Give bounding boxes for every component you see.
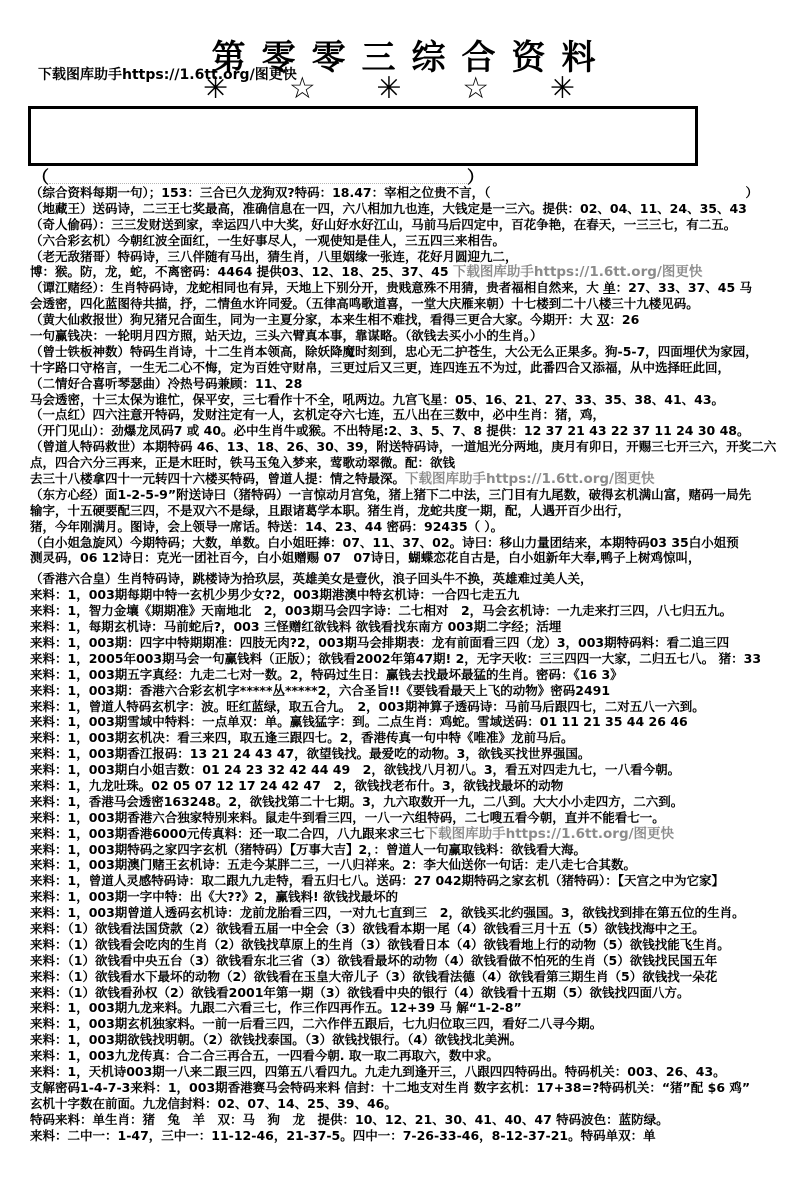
text-line: 输字，十五硬要配三四，不是双六不是绿，且跟诸葛学本职。猪生肖，龙蛇共度一期，配，…	[30, 503, 796, 519]
text-line: 来料：1，九龙吐珠。02 05 07 12 17 24 42 47 2，欲钱找老…	[30, 778, 796, 794]
text-line: 来料：1，003期白小姐吉数：01 24 23 32 42 44 49 2，欲钱…	[30, 762, 796, 778]
open-star-icon: ☆	[289, 72, 316, 106]
text-segment: 玄机十字数在前面。九龙信封料：02、07、14、25、39、46。	[30, 1096, 397, 1111]
text-segment: 来料：二中一：1-47，三中一：11-12-46，21-37-5。四中一：7-2…	[30, 1128, 656, 1143]
text-segment: 点，四合六分三再来，正是木旺时，铁马玉兔入梦来，莺歌动翠微。配：欲钱	[30, 455, 455, 470]
text-segment: 来料：（1）欲钱看会吃肉的生肖（2）欲钱找草原上的生肖（3）欲钱看日本（4）欲钱…	[30, 937, 730, 952]
text-line: 来料：1，003期特码之家四字玄机（猪特码）【万事大吉】2，：曾道人一句赢取钱料…	[30, 842, 796, 858]
text-segment: （二情好合喜听琴瑟曲）冷热号码兼顾：11、28	[30, 376, 302, 391]
watermark-text: 下载图库助手https://1.6tt.org/图更快	[453, 264, 702, 280]
text-segment: （白小姐急旋风）今期特码；大数，单数。白小姐旺捧：07、11、37、02。诗曰：…	[30, 535, 739, 550]
text-segment: 来料：1，曾道人特码玄机字：波。旺红蓝绿，取五合九。 2，003期神算子透码诗：…	[30, 699, 705, 714]
text-segment: （六合彩玄机）今朝红波全面红，一生好事尽人，一观使知是佳人，三五四三来相告。	[30, 233, 505, 248]
text-segment: （黄大仙救报世）狗兄猪兄合面生，同为一主夏分家，本来生相不难找，看得三更合大家。…	[30, 312, 597, 327]
text-line: 来料：1，003期九龙来料。九跟二六看三七，作三作四再作五。12+39 马 解“…	[30, 1000, 796, 1016]
text-line: （综合资料每期一句）；153：三合已久龙狗双?特码：18.47：宰相之位贵不言，…	[30, 185, 796, 201]
text-line: （二情好合喜听琴瑟曲）冷热号码兼顾：11、28	[30, 376, 796, 392]
text-line: 来料：1，003期：四字中特期期准：四肢无肉?2，003期马会排期表：龙有前面看…	[30, 635, 796, 651]
asterisk-star-icon: ✳	[376, 72, 401, 106]
text-segment: 来料：（1）欲钱看水下最坏的动物（2）欲钱看在玉皇大帝儿子（3）欲钱看法德（4）…	[30, 969, 717, 984]
text-segment: 来料：1，曾道人灵感特码诗：取二跟九九走特，看五归七八。送码：27 042期特码…	[30, 873, 724, 888]
text-segment: 来料：1，003期每期中特一玄机少男少女?2，003期港澳中特玄机诗：一合四七走…	[30, 587, 519, 602]
text-segment: 来料：1，003期白小姐吉数：01 24 23 32 42 44 49 2，欲钱…	[30, 762, 680, 777]
text-line: （奇人偷码）：三三发财送到家，幸运四八中大奖，好山好水好江山，马前马后四定中，百…	[30, 217, 796, 233]
text-line: （老无敌猪哥）特码诗，三八伴随有马出，猜生肖，八里姻缘一张连，花好月圆迎九二，	[30, 249, 796, 265]
text-line: 来料：（1）欲钱看孙权（2）欲钱看2001年第一期（3）欲钱看中央的银行（4）欲…	[30, 985, 796, 1001]
text-segment: 来料：1，003期香港六合独家特别来料。鼠走牛到看三四，一八一六组特码，二七嗖五…	[30, 810, 665, 825]
text-line: 来料：1，003期一字中特：出《大??》2，赢钱料! 欲钱找最坏的	[30, 889, 796, 905]
text-line: 来料：1，智力金壤《期期准》天南地北 2，003期马会四字诗：二七相对 2，马会…	[30, 603, 796, 619]
text-line: 来料：二中一：1-47，三中一：11-12-46，21-37-5。四中一：7-2…	[30, 1128, 796, 1144]
text-line: 来料：1，003期欲钱找明朝。（2）欲钱找泰国。（3）欲钱找银行。（4）欲钱找北…	[30, 1032, 796, 1048]
text-line: 来料：1，003期香港六合独家特别来料。鼠走牛到看三四，一八一六组特码，二七嗖五…	[30, 810, 796, 826]
text-line: 来料：1，曾道人特码玄机字：波。旺红蓝绿，取五合九。 2，003期神算子透码诗：…	[30, 699, 796, 715]
star-decoration-row: ✳ ☆ ✳ ☆ ✳	[203, 72, 575, 106]
text-segment: 来料：1，天机诗003期一八来二跟三四，四第五八看四九。九走九到逢开三，八跟四四…	[30, 1064, 726, 1079]
text-segment: 来料：1，003期玄机决：看三来四，取五逢三跟四七。2，香港传真一句中特《唯准》…	[30, 730, 574, 745]
text-segment: 测灵码，06 12诗日：克光一团社百今，白小姐赠赐 07 07诗日，蝴蝶恋花自古…	[30, 550, 701, 565]
text-line: 会透密，四化蓝图待共描，抒，二情鱼水许同爱。（五律高鸣歌道喜，一堂大庆雁来朝）十…	[30, 296, 796, 312]
text-segment: 双	[597, 312, 610, 327]
text-line: 来料：（1）欲钱看会吃肉的生肖（2）欲钱找草原上的生肖（3）欲钱看日本（4）欲钱…	[30, 937, 796, 953]
text-line: 来料：1，003期五字真经：九走二七对一数。2，特码过生日：赢钱去找最坏最猛的生…	[30, 667, 796, 683]
text-line: 来料：1，003期玄机决：看三来四，取五逢三跟四七。2，香港传真一句中特《唯准》…	[30, 730, 796, 746]
text-segment: （曾士铁板神数）特码生肖诗，十二生肖本领高，除妖降魔时刻到，忠心无二护苍生，大公…	[30, 344, 758, 359]
text-line: 特码来料：单生肖：猪 兔 羊 双：马 狗 龙 提供：10、12、21、30、41…	[30, 1112, 796, 1128]
text-segment: 来料：1，2005年003期马会一句赢钱料（正版）；欲钱看2002年第47期! …	[30, 651, 761, 666]
text-segment: 一句赢钱决：一轮明月四方照，站天边，三头六臂真本事，靠谋略。（欲钱去买小小的生肖…	[30, 328, 543, 343]
text-segment: 来料：1，003期香江报码：13 21 24 43 47，欲望钱找。最爱吃的动物…	[30, 746, 590, 761]
text-line: （一点红）四六注意开特码，发财注定有一人，玄机定夺六七连，五八出在三数中，必中生…	[30, 407, 796, 423]
text-segment: 博：猴。防，龙，蛇，不离密码：4464 提供03、12、18、25、37、45	[30, 264, 453, 279]
text-line: 来料：（1）欲钱看水下最坏的动物（2）欲钱看在玉皇大帝儿子（3）欲钱看法德（4）…	[30, 969, 796, 985]
faded-text-placeholder	[49, 173, 467, 184]
text-segment: 来料：1，003九龙传真：合二合三再合五，一四看今朝. 取一取二再取六，数中求。	[30, 1048, 499, 1063]
text-line: （地藏王）送码诗，二三王七奖最高，准确信息在一四，六八相加九也连，大钱定是一三六…	[30, 201, 796, 217]
page: 第零零三综合资料 下载图库助手https://1.6tt.org/图更快 ✳ ☆…	[0, 0, 807, 1188]
text-segment: 来料：1，003期欲钱找明朝。（2）欲钱找泰国。（3）欲钱找银行。（4）欲钱找北…	[30, 1032, 522, 1047]
text-line: 来料：1，003期曾道人透码玄机诗：龙前龙胎看三四，一对九七直到三 2，欲钱买北…	[30, 905, 796, 921]
text-segment: 来料：1，003期五字真经：九走二七对一数。2，特码过生日：赢钱去找最坏最猛的生…	[30, 667, 623, 682]
text-segment: 来料：（1）欲钱看法国贷款（2）欲钱看五届一中全会（3）欲钱看本期一尾（4）欲钱…	[30, 921, 705, 936]
text-segment: 来料：1，九龙吐珠。02 05 07 12 17 24 42 47 2，欲钱找老…	[30, 778, 563, 793]
watermark-text: 下载图库助手https://1.6tt.org/图更快	[405, 471, 654, 487]
text-line: 来料：1，2005年003期马会一句赢钱料（正版）；欲钱看2002年第47期! …	[30, 651, 796, 667]
watermark-text: 下载图库助手https://1.6tt.org/图更快	[425, 826, 674, 842]
text-segment: 来料：1，003期香港6000元传真料：还一取二合四，八九跟来求三七	[30, 826, 425, 841]
text-line: 来料：1，每期玄机诗：马前蛇后?，003 三怪赠红欲钱料 欲钱看找东南方 003…	[30, 619, 796, 635]
text-line: 来料：1，003九龙传真：合二合三再合五，一四看今朝. 取一取二再取六，数中求。	[30, 1048, 796, 1064]
text-line: 博：猴。防，龙，蛇，不离密码：4464 提供03、12、18、25、37、45 …	[30, 264, 796, 280]
text-segment: 猪，今年刚满月。图诗，会上领导一席话。特送：14、23、44 密码：92435（…	[30, 519, 503, 534]
text-segment: 来料：1，003期雪域中特料：一点单双：单。赢钱猛字：到。二点生肖：鸡蛇。雪域送…	[30, 714, 688, 729]
text-segment: 来料：1，003期：四字中特期期准：四肢无肉?2，003期马会排期表：龙有前面看…	[30, 635, 729, 650]
text-segment: 来料：1，每期玄机诗：马前蛇后?，003 三怪赠红欲钱料 欲钱看找东南方 003…	[30, 619, 561, 634]
text-segment: ）	[745, 185, 758, 201]
text-segment: （香港六合皇）生肖特码诗，跳楼诗为拾玖层，英雄美女是壹伙，浪子回头牛不换，英雄难…	[30, 571, 593, 586]
text-segment: （地藏王）送码诗，二三王七奖最高，准确信息在一四，六八相加九也连，大钱定是一三六…	[30, 201, 747, 216]
text-segment: 特码来料：单生肖：猪 兔 羊 双：马 狗 龙 提供：10、12、21、30、41…	[30, 1112, 669, 1127]
text-line: 来料：1，003期每期中特一玄机少男少女?2，003期港澳中特玄机诗：一合四七走…	[30, 587, 796, 603]
text-line: （东方心经）面1-2-5-9”附送诗曰（猪特码）一言惊动月宫兔，猪上猪下二中法，…	[30, 487, 796, 503]
text-line: 来料：1，天机诗003期一八来二跟三四，四第五八看四九。九走九到逢开三，八跟四四…	[30, 1064, 796, 1080]
text-segment: 支解密码1-4-7-3来料：1，003期香港赛马会特码来料 信封：十二地支对生肖…	[30, 1080, 750, 1095]
text-line: 点，四合六分三再来，正是木旺时，铁马玉兔入梦来，莺歌动翠微。配：欲钱	[30, 455, 796, 471]
asterisk-star-icon: ✳	[203, 72, 228, 106]
text-segment: 来料：（1）欲钱看孙权（2）欲钱看2001年第一期（3）欲钱看中央的银行（4）欲…	[30, 985, 690, 1000]
text-segment: 来料：1，香港马会透密163248。2，欲钱找第二十七期。3，九六取数开一九，二…	[30, 794, 683, 809]
text-segment: 来料：1，003期一字中特：出《大??》2，赢钱料! 欲钱找最坏的	[30, 889, 398, 904]
text-line: 来料：1，003期澳门赌王玄机诗：五走今某胖二三，一八归祥来。2：李大仙送你一句…	[30, 857, 796, 873]
text-segment: ：26	[609, 312, 639, 327]
text-line: （黄大仙救报世）狗兄猪兄合面生，同为一主夏分家，本来生相不难找，看得三更合大家。…	[30, 312, 796, 328]
empty-frame-box	[28, 106, 698, 166]
text-line: （谭江赌经）：生肖特码诗，龙蛇相同也有异，天地上下别分开，贵贱意殊不用猜，贵者福…	[30, 280, 796, 296]
text-line: 来料：1，003期香港6000元传真料：还一取二合四，八九跟来求三七下载图库助手…	[30, 826, 796, 842]
text-segment: 马会透密，十三太保为谁忙，保平安，三七看作十不全，吼两边。九宫飞星：05、16、…	[30, 392, 724, 407]
text-line: 来料：（1）欲钱看法国贷款（2）欲钱看五届一中全会（3）欲钱看本期一尾（4）欲钱…	[30, 921, 796, 937]
text-segment: （谭江赌经）：生肖特码诗，龙蛇相同也有异，天地上下别分开，贵贱意殊不用猜，贵者福…	[30, 280, 603, 295]
text-line: 来料：1，香港马会透密163248。2，欲钱找第二十七期。3，九六取数开一九，二…	[30, 794, 796, 810]
asterisk-star-icon: ✳	[550, 72, 575, 106]
text-line: （白小姐急旋风）今期特码；大数，单数。白小姐旺捧：07、11、37、02。诗曰：…	[30, 535, 796, 551]
text-line: 支解密码1-4-7-3来料：1，003期香港赛马会特码来料 信封：十二地支对生肖…	[30, 1080, 796, 1096]
text-line: 马会透密，十三太保为谁忙，保平安，三七看作十不全，吼两边。九宫飞星：05、16、…	[30, 392, 796, 408]
text-segment: 会透密，四化蓝图待共描，抒，二情鱼水许同爱。（五律高鸣歌道喜，一堂大庆雁来朝）十…	[30, 296, 699, 311]
text-line: 来料：1，003期：香港六合彩玄机字*****丛*****2，六合圣旨!!《要钱…	[30, 683, 796, 699]
text-segment: 单	[603, 280, 616, 295]
text-segment: 来料：（1）欲钱看中央五台（3）欲钱看东北三省（3）欲钱看最坏的动物（4）欲钱看…	[30, 953, 717, 968]
text-line: 测灵码，06 12诗日：克光一团社百今，白小姐赠赐 07 07诗日，蝴蝶恋花自古…	[30, 550, 796, 566]
text-segment: （曾道人特码救世）本期特码 46、13、18、26、30、39，附送特码诗，一道…	[30, 439, 776, 454]
text-line: 来料：1，曾道人灵感特码诗：取二跟九九走特，看五归七八。送码：27 042期特码…	[30, 873, 796, 889]
text-line: 来料：（1）欲钱看中央五台（3）欲钱看东北三省（3）欲钱看最坏的动物（4）欲钱看…	[30, 953, 796, 969]
text-line: （曾道人特码救世）本期特码 46、13、18、26、30、39，附送特码诗，一道…	[30, 439, 796, 455]
text-segment: 来料：1，003期曾道人透码玄机诗：龙前龙胎看三四，一对九七直到三 2，欲钱买北…	[30, 905, 745, 920]
text-segment: （开门见山）：劲爆龙凤码7 或 40。必中生肖牛或猴。不出特尾:2、3、5、7、…	[30, 423, 750, 438]
text-line: 一句赢钱决：一轮明月四方照，站天边，三头六臂真本事，靠谋略。（欲钱去买小小的生肖…	[30, 328, 796, 344]
text-segment: 来料：1，003期：香港六合彩玄机字*****丛*****2，六合圣旨!!《要钱…	[30, 683, 610, 698]
text-line: （开门见山）：劲爆龙凤码7 或 40。必中生肖牛或猴。不出特尾:2、3、5、7、…	[30, 423, 796, 439]
text-segment: ：27、33、37、45 马	[616, 280, 752, 295]
text-line: 十字路口守格言，一生无二心不悔，定为百姓守财帛，三更过后又三更，连四连五不为过，…	[30, 360, 796, 376]
text-segment: 来料：1，003期澳门赌王玄机诗：五走今某胖二三，一八归祥来。2：李大仙送你一句…	[30, 857, 636, 872]
text-body: （综合资料每期一句）；153：三合已久龙狗双?特码：18.47：宰相之位贵不言，…	[30, 185, 796, 1143]
text-segment: （东方心经）面1-2-5-9”附送诗曰（猪特码）一言惊动月宫兔，猪上猪下二中法，…	[30, 487, 751, 502]
text-segment: 十字路口守格言，一生无二心不悔，定为百姓守财帛，三更过后又三更，连四连五不为过，…	[30, 360, 730, 375]
text-line: 来料：1，003期玄机独家料。一前一后看三四，二六作伴五跟后，七九归位取三四，看…	[30, 1016, 796, 1032]
text-segment: 来料：1，003期九龙来料。九跟二六看三七，作三作四再作五。12+39 马 解“…	[30, 1000, 522, 1015]
text-line: （六合彩玄机）今朝红波全面红，一生好事尽人，一观使知是佳人，三五四三来相告。	[30, 233, 796, 249]
text-line: 来料：1，003期雪域中特料：一点单双：单。赢钱猛字：到。二点生肖：鸡蛇。雪域送…	[30, 714, 796, 730]
text-segment: 输字，十五硬要配三四，不是双六不是绿，且跟诸葛学本职。猪生肖，龙蛇共度一期，配，…	[30, 503, 630, 518]
text-line: 猪，今年刚满月。图诗，会上领导一席话。特送：14、23、44 密码：92435（…	[30, 519, 796, 535]
text-line: 玄机十字数在前面。九龙信封料：02、07、14、25、39、46。	[30, 1096, 796, 1112]
text-segment: 去三十八楼拿四十一元转四十六楼买特码，曾道人提：情之特最深。	[30, 471, 405, 486]
text-segment: （一点红）四六注意开特码，发财注定有一人，玄机定夺六七连，五八出在三数中，必中生…	[30, 407, 605, 422]
text-segment: 来料：1，智力金壤《期期准》天南地北 2，003期马会四字诗：二七相对 2，马会…	[30, 603, 732, 618]
text-line: （曾士铁板神数）特码生肖诗，十二生肖本领高，除妖降魔时刻到，忠心无二护苍生，大公…	[30, 344, 796, 360]
text-line: 来料：1，003期香江报码：13 21 24 43 47，欲望钱找。最爱吃的动物…	[30, 746, 796, 762]
text-segment: 来料：1，003期特码之家四字玄机（猪特码）【万事大吉】2，：曾道人一句赢取钱料…	[30, 842, 586, 857]
text-segment: （综合资料每期一句）；153：三合已久龙狗双?特码：18.47：宰相之位贵不言，…	[30, 185, 490, 200]
text-line: （香港六合皇）生肖特码诗，跳楼诗为拾玖层，英雄美女是壹伙，浪子回头牛不换，英雄难…	[30, 571, 796, 587]
text-segment: （奇人偷码）：三三发财送到家，幸运四八中大奖，好山好水好江山，马前马后四定中，百…	[30, 217, 736, 232]
text-line: 去三十八楼拿四十一元转四十六楼买特码，曾道人提：情之特最深。下载图库助手http…	[30, 471, 796, 487]
text-segment: 来料：1，003期玄机独家料。一前一后看三四，二六作伴五跟后，七九归位取三四，看…	[30, 1016, 602, 1031]
open-star-icon: ☆	[462, 72, 489, 106]
text-segment: （老无敌猪哥）特码诗，三八伴随有马出，猜生肖，八里姻缘一张连，花好月圆迎九二，	[30, 249, 518, 264]
